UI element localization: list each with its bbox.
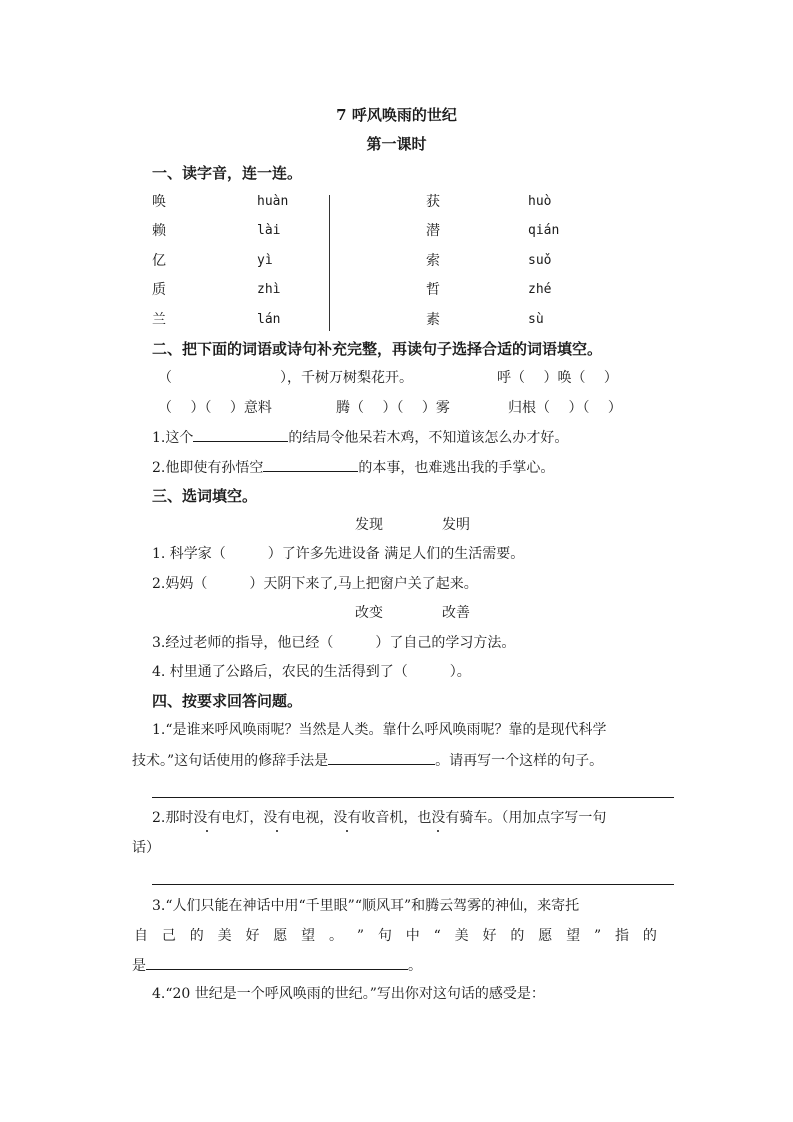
idiom-gui-gen[interactable]: 归根（ ）（ ） bbox=[508, 398, 622, 418]
question-text: 2.那时 bbox=[152, 810, 193, 826]
match-pinyin[interactable]: lài bbox=[257, 221, 280, 241]
match-char[interactable]: 赖 bbox=[152, 221, 166, 241]
match-char[interactable]: 获 bbox=[426, 192, 440, 212]
match-char[interactable]: 亿 bbox=[152, 251, 166, 271]
word-choice-faxian: 发现 bbox=[355, 515, 383, 535]
match-pinyin[interactable]: zhé bbox=[528, 280, 551, 300]
match-pinyin[interactable]: huò bbox=[528, 192, 551, 212]
dotted-word: 没有 bbox=[193, 808, 221, 828]
q3-char: “ bbox=[434, 926, 441, 946]
sentence-text: 的本事，也难逃出我的手掌心。 bbox=[358, 460, 554, 476]
match-char[interactable]: 潜 bbox=[426, 221, 440, 241]
q3-char: 的 bbox=[190, 926, 204, 946]
match-pinyin[interactable]: sù bbox=[528, 310, 544, 330]
worksheet-title: 7 呼风唤雨的世纪 bbox=[0, 105, 793, 125]
question-3-line-3: 是。 bbox=[132, 955, 422, 976]
match-char[interactable]: 质 bbox=[152, 280, 166, 300]
q3-char: 的 bbox=[510, 926, 524, 946]
match-pinyin[interactable]: huàn bbox=[257, 192, 288, 212]
section-4-heading: 四、按要求回答问题。 bbox=[152, 691, 302, 711]
choice-sentence-3[interactable]: 3.经过老师的指导，他已经（ ）了自己的学习方法。 bbox=[152, 633, 515, 653]
question-text: 是 bbox=[132, 958, 146, 974]
question-3-line-2: 自 己 的 美 好 愿 望 。 ” 句 中 “ 美 好 的 愿 望 ” 指 的 bbox=[134, 926, 657, 946]
q3-char: 美 bbox=[455, 926, 469, 946]
dotted-word: 没有 bbox=[333, 808, 361, 828]
q3-char: 好 bbox=[245, 926, 259, 946]
q3-char: ” bbox=[594, 926, 601, 946]
match-char[interactable]: 素 bbox=[426, 310, 440, 330]
sentence-text: 1.这个 bbox=[152, 430, 193, 446]
choice-sentence-4[interactable]: 4. 村里通了公路后，农民的生活得到了（ ）。 bbox=[152, 662, 471, 682]
idiom-hu-huan[interactable]: 呼（ ）唤（ ） bbox=[497, 368, 618, 388]
question-3-line-1: 3.“人们只能在神话中用“千里眼”“顺风耳”和腾云驾雾的神仙，来寄托 bbox=[152, 896, 579, 916]
match-char[interactable]: 兰 bbox=[152, 310, 166, 330]
question-2-line-1: 2.那时没有电灯，没有电视，没有收音机，也没有骑车。（用加点字写一句 bbox=[152, 808, 606, 828]
match-pinyin[interactable]: zhì bbox=[257, 280, 280, 300]
q3-char: 自 bbox=[134, 926, 148, 946]
q3-char: 愿 bbox=[273, 926, 287, 946]
q3-char: 愿 bbox=[538, 926, 552, 946]
match-char[interactable]: 哲 bbox=[426, 280, 440, 300]
question-2-line-2: 话） bbox=[132, 838, 160, 858]
emphasis-dotted-text: 没有 bbox=[193, 810, 221, 826]
answer-line-q1[interactable] bbox=[152, 797, 674, 798]
dotted-word: 也没有 bbox=[417, 808, 459, 828]
q3-char: 中 bbox=[406, 926, 420, 946]
question-text: 收音机， bbox=[361, 810, 417, 826]
match-char[interactable]: 唤 bbox=[152, 192, 166, 212]
q3-char: ” bbox=[357, 926, 364, 946]
question-1-line-2: 技术。”这句话使用的修辞手法是。请再写一个这样的句子。 bbox=[132, 750, 603, 771]
column-divider bbox=[329, 195, 330, 331]
question-text: 电视， bbox=[291, 810, 333, 826]
choice-sentence-1[interactable]: 1. 科学家（ ）了许多先进设备 满足人们的生活需要。 bbox=[152, 544, 524, 564]
word-choice-gaishan: 改善 bbox=[442, 603, 470, 623]
question-4: 4.“20 世纪是一个呼风唤雨的世纪。”写出你对这句话的感受是： bbox=[152, 984, 545, 1004]
poem-line-text: ），千树万树梨花开。 bbox=[280, 368, 413, 388]
match-pinyin[interactable]: suǒ bbox=[528, 251, 551, 271]
poem-blank-open-paren[interactable]: （ bbox=[158, 368, 172, 388]
answer-line-q2[interactable] bbox=[152, 884, 674, 885]
question-text: 技术。”这句话使用的修辞手法是 bbox=[132, 753, 328, 769]
q3-char: 句 bbox=[378, 926, 392, 946]
answer-blank[interactable] bbox=[193, 427, 288, 442]
section-1-heading: 一、读字音，连一连。 bbox=[152, 163, 302, 183]
idiom-chu-yi-liao[interactable]: （ ）（ ）意料 bbox=[158, 398, 272, 418]
q3-char: 己 bbox=[162, 926, 176, 946]
lesson-subtitle: 第一课时 bbox=[0, 134, 793, 154]
q3-char: 美 bbox=[218, 926, 232, 946]
q3-char: 望 bbox=[301, 926, 315, 946]
rhetoric-answer-blank[interactable] bbox=[328, 750, 435, 765]
section-2-heading: 二、把下面的词语或诗句补充完整，再读句子选择合适的词语填空。 bbox=[152, 339, 602, 359]
question-text: 。 bbox=[408, 958, 422, 974]
dotted-word: 没有 bbox=[263, 808, 291, 828]
question-text: 骑车。（用加点字写一句 bbox=[459, 810, 606, 826]
q3-char: 望 bbox=[566, 926, 580, 946]
q3-char: 指 bbox=[615, 926, 629, 946]
question-text: 电灯， bbox=[221, 810, 263, 826]
section-3-heading: 三、选词填空。 bbox=[152, 486, 257, 506]
q3-char: 。 bbox=[329, 926, 343, 946]
choice-sentence-2[interactable]: 2.妈妈（ ）天阴下来了,马上把窗户关了起来。 bbox=[152, 574, 478, 594]
match-pinyin[interactable]: lán bbox=[257, 310, 280, 330]
question-text: 。请再写一个这样的句子。 bbox=[435, 753, 603, 769]
match-pinyin[interactable]: yì bbox=[257, 251, 273, 271]
fill-sentence-2: 2.他即使有孙悟空的本事，也难逃出我的手掌心。 bbox=[152, 457, 554, 478]
fill-sentence-1: 1.这个的结局令他呆若木鸡，不知道该怎么办才好。 bbox=[152, 427, 568, 448]
match-pinyin[interactable]: qián bbox=[528, 221, 559, 241]
word-choice-gaibian: 改变 bbox=[355, 603, 383, 623]
q3-char: 的 bbox=[643, 926, 657, 946]
sentence-text: 2.他即使有孙悟空 bbox=[152, 460, 263, 476]
q3-char: 好 bbox=[483, 926, 497, 946]
sentence-text: 的结局令他呆若木鸡，不知道该怎么办才好。 bbox=[288, 430, 568, 446]
match-char[interactable]: 索 bbox=[426, 251, 440, 271]
idiom-teng-wu[interactable]: 腾（ ）（ ）雾 bbox=[336, 398, 450, 418]
word-choice-faming: 发明 bbox=[442, 515, 470, 535]
wish-answer-blank[interactable] bbox=[146, 955, 408, 970]
answer-blank[interactable] bbox=[263, 457, 358, 472]
question-1-line-1: 1.“是谁来呼风唤雨呢？当然是人类。靠什么呼风唤雨呢？靠的是现代科学 bbox=[152, 720, 607, 740]
